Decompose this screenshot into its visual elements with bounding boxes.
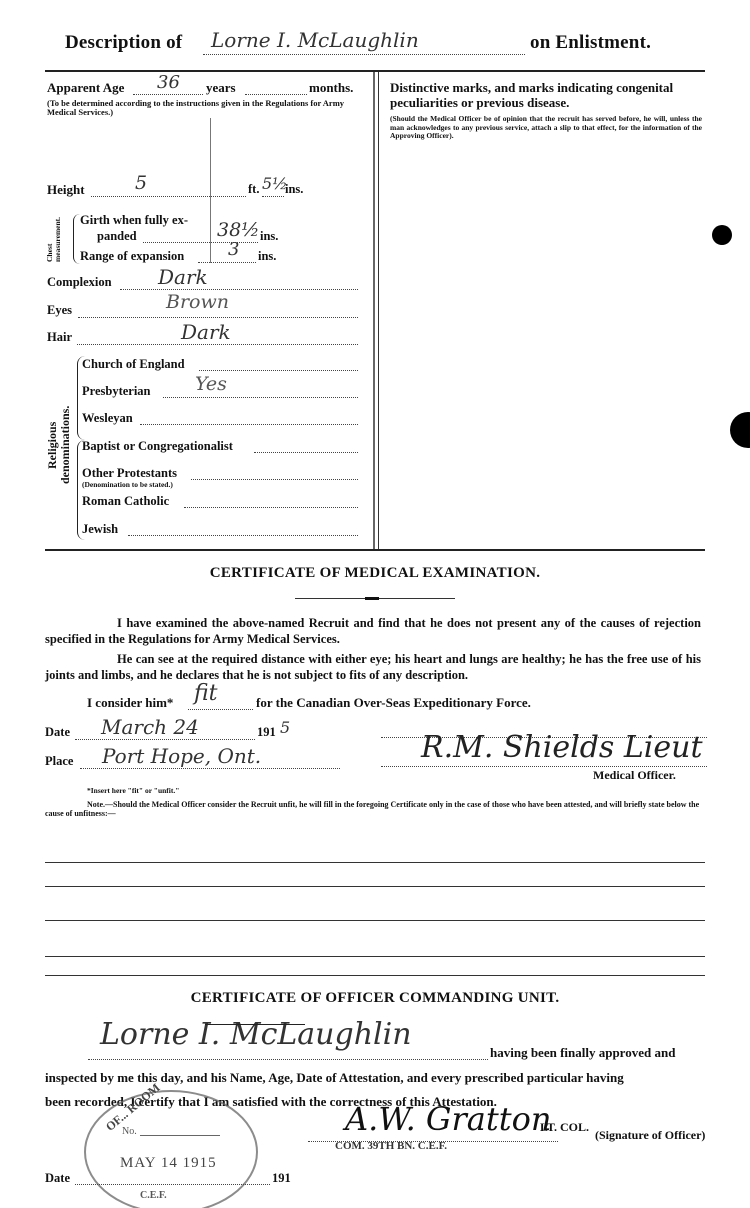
medical-place-label: Place [45, 754, 73, 769]
eyes-value: Brown [166, 291, 229, 313]
commanding-date-label: Date [45, 1171, 70, 1186]
religion-presbyterian-field: Yes [163, 384, 358, 398]
chest-brace [73, 214, 80, 264]
height-feet-value: 5 [135, 172, 147, 194]
girth-field: 38½ [143, 229, 258, 243]
religion-other-label: Other Protestants [82, 466, 177, 481]
age-value: 36 [157, 72, 180, 93]
eyes-field: Brown [78, 303, 358, 318]
stamp-bottom-text: C.E.F. [140, 1190, 167, 1201]
religion-roman-catholic-field [184, 494, 358, 508]
complexion-label: Complexion [47, 275, 112, 290]
orderly-room-stamp [84, 1090, 258, 1208]
commanding-text-2: inspected by me this day, and his Name, … [45, 1070, 705, 1086]
punch-hole-bottom [730, 412, 750, 448]
complexion-value: Dark [158, 265, 208, 289]
religion-jewish-field [128, 522, 358, 536]
medical-date-field: March 24 [75, 725, 255, 740]
top-rule [45, 70, 705, 72]
stamp-date: MAY 14 1915 [120, 1155, 217, 1172]
consider-prefix: I consider him* [87, 695, 173, 711]
medical-title: CERTIFICATE OF MEDICAL EXAMINATION. [0, 565, 750, 582]
fit-footnote: *Insert here "fit" or "unfit." [87, 786, 179, 795]
girth-value: 38½ [217, 219, 260, 241]
unfitness-line-5 [45, 975, 705, 976]
form-title-prefix: Description of [65, 32, 182, 54]
age-note: (To be determined according to the instr… [47, 99, 357, 117]
religion-presbyterian-label: Presbyterian [82, 384, 151, 399]
medical-title-ornament-center [365, 597, 379, 600]
medical-place-value: Port Hope, Ont. [102, 744, 261, 768]
range-unit: ins. [258, 249, 276, 264]
religion-other-note: (Denomination to be stated.) [82, 480, 173, 489]
form-title-suffix: on Enlistment. [530, 32, 651, 54]
hair-field: Dark [77, 330, 358, 345]
age-label: Apparent Age [47, 80, 124, 96]
fitness-field: fit [188, 695, 253, 710]
commanding-unit: COM. 39TH BN. C.E.F. [335, 1140, 447, 1152]
medical-place-field: Port Hope, Ont. [80, 754, 340, 769]
name-overline [205, 1024, 305, 1025]
complexion-field: Dark [120, 275, 358, 290]
officer-signature-line-2: R.M. Shields Lieut [381, 754, 707, 767]
height-inches-field: 5½ [262, 182, 284, 197]
unfitness-line-3 [45, 920, 705, 921]
religion-baptist-label: Baptist or Congregationalist [82, 439, 233, 454]
recruit-name-value: Lorne I. McLaughlin [211, 28, 419, 52]
age-field: 36 [133, 80, 203, 95]
girth-unit: ins. [260, 229, 278, 244]
range-label: Range of expansion [80, 249, 184, 264]
punch-hole-top [712, 225, 732, 245]
medical-officer-signature: R.M. Shields Lieut [421, 730, 703, 765]
description-bottom-rule [45, 549, 705, 551]
religion-presbyterian-value: Yes [195, 373, 227, 395]
unfitness-line-2 [45, 886, 705, 887]
religion-church-of-england-field [199, 357, 358, 371]
commanding-rank: LT. COL. [540, 1120, 589, 1135]
medical-para-2: He can see at the required distance with… [45, 651, 701, 683]
hair-value: Dark [181, 320, 231, 344]
commanding-recruit-name-value: Lorne I. McLaughlin [100, 1017, 412, 1052]
eyes-label: Eyes [47, 303, 72, 318]
medical-date-value: March 24 [101, 715, 199, 739]
commanding-title: CERTIFICATE OF OFFICER COMMANDING UNIT. [0, 990, 750, 1007]
marks-note: (Should the Medical Officer be of opinio… [390, 115, 702, 141]
chest-label: Chest measurement. [46, 212, 62, 262]
religion-church-of-england-label: Church of England [82, 357, 185, 372]
recruit-name-field: Lorne I. McLaughlin [203, 30, 525, 55]
religion-baptist-field [254, 439, 358, 453]
commanding-signature-label: (Signature of Officer) [595, 1128, 705, 1143]
height-label: Height [47, 182, 85, 198]
religion-roman-catholic-label: Roman Catholic [82, 494, 169, 509]
stamp-number-label: No. [122, 1126, 137, 1137]
girth-label-1: Girth when fully ex- [80, 213, 188, 228]
medical-year-value: 5 [280, 718, 290, 737]
unfitness-line-4 [45, 956, 705, 957]
religion-jewish-label: Jewish [82, 522, 118, 537]
medical-para-1: I have examined the above-named Recruit … [45, 615, 701, 647]
religion-wesleyan-label: Wesleyan [82, 411, 133, 426]
height-feet-label: ft. [248, 182, 259, 197]
range-value: 3 [228, 239, 239, 260]
commanding-recruit-name-field: Lorne I. McLaughlin [88, 1045, 488, 1060]
religion-label: Religious denominations. [46, 395, 72, 495]
marks-heading: Distinctive marks, and marks indicating … [390, 80, 702, 110]
range-field: 3 [198, 249, 256, 263]
consider-suffix: for the Canadian Over-Seas Expeditionary… [256, 695, 531, 711]
commanding-date-field [75, 1171, 270, 1185]
column-divider-inner [378, 72, 379, 550]
stamp-number-line [140, 1135, 220, 1136]
medical-date-label: Date [45, 725, 70, 740]
girth-label-2: panded [97, 229, 137, 244]
height-inches-label: ins. [285, 182, 303, 197]
unfitness-line-1 [45, 862, 705, 863]
years-label: years [206, 80, 236, 96]
months-field [245, 80, 307, 95]
column-divider [373, 72, 375, 550]
commanding-year-prefix: 191 [272, 1171, 291, 1186]
height-feet-field: 5 [91, 182, 246, 197]
fitness-value: fit [194, 681, 218, 706]
religion-wesleyan-field [140, 411, 358, 425]
hair-label: Hair [47, 330, 72, 345]
unfitness-note: Note.—Should the Medical Officer conside… [45, 800, 701, 818]
height-inches-value: 5½ [262, 174, 288, 193]
medical-year-prefix: 191 [257, 725, 276, 740]
religion-other-field [191, 466, 358, 480]
commanding-text-1: having been finally approved and [490, 1045, 675, 1061]
medical-officer-title: Medical Officer. [593, 768, 676, 783]
months-label: months. [309, 80, 353, 96]
